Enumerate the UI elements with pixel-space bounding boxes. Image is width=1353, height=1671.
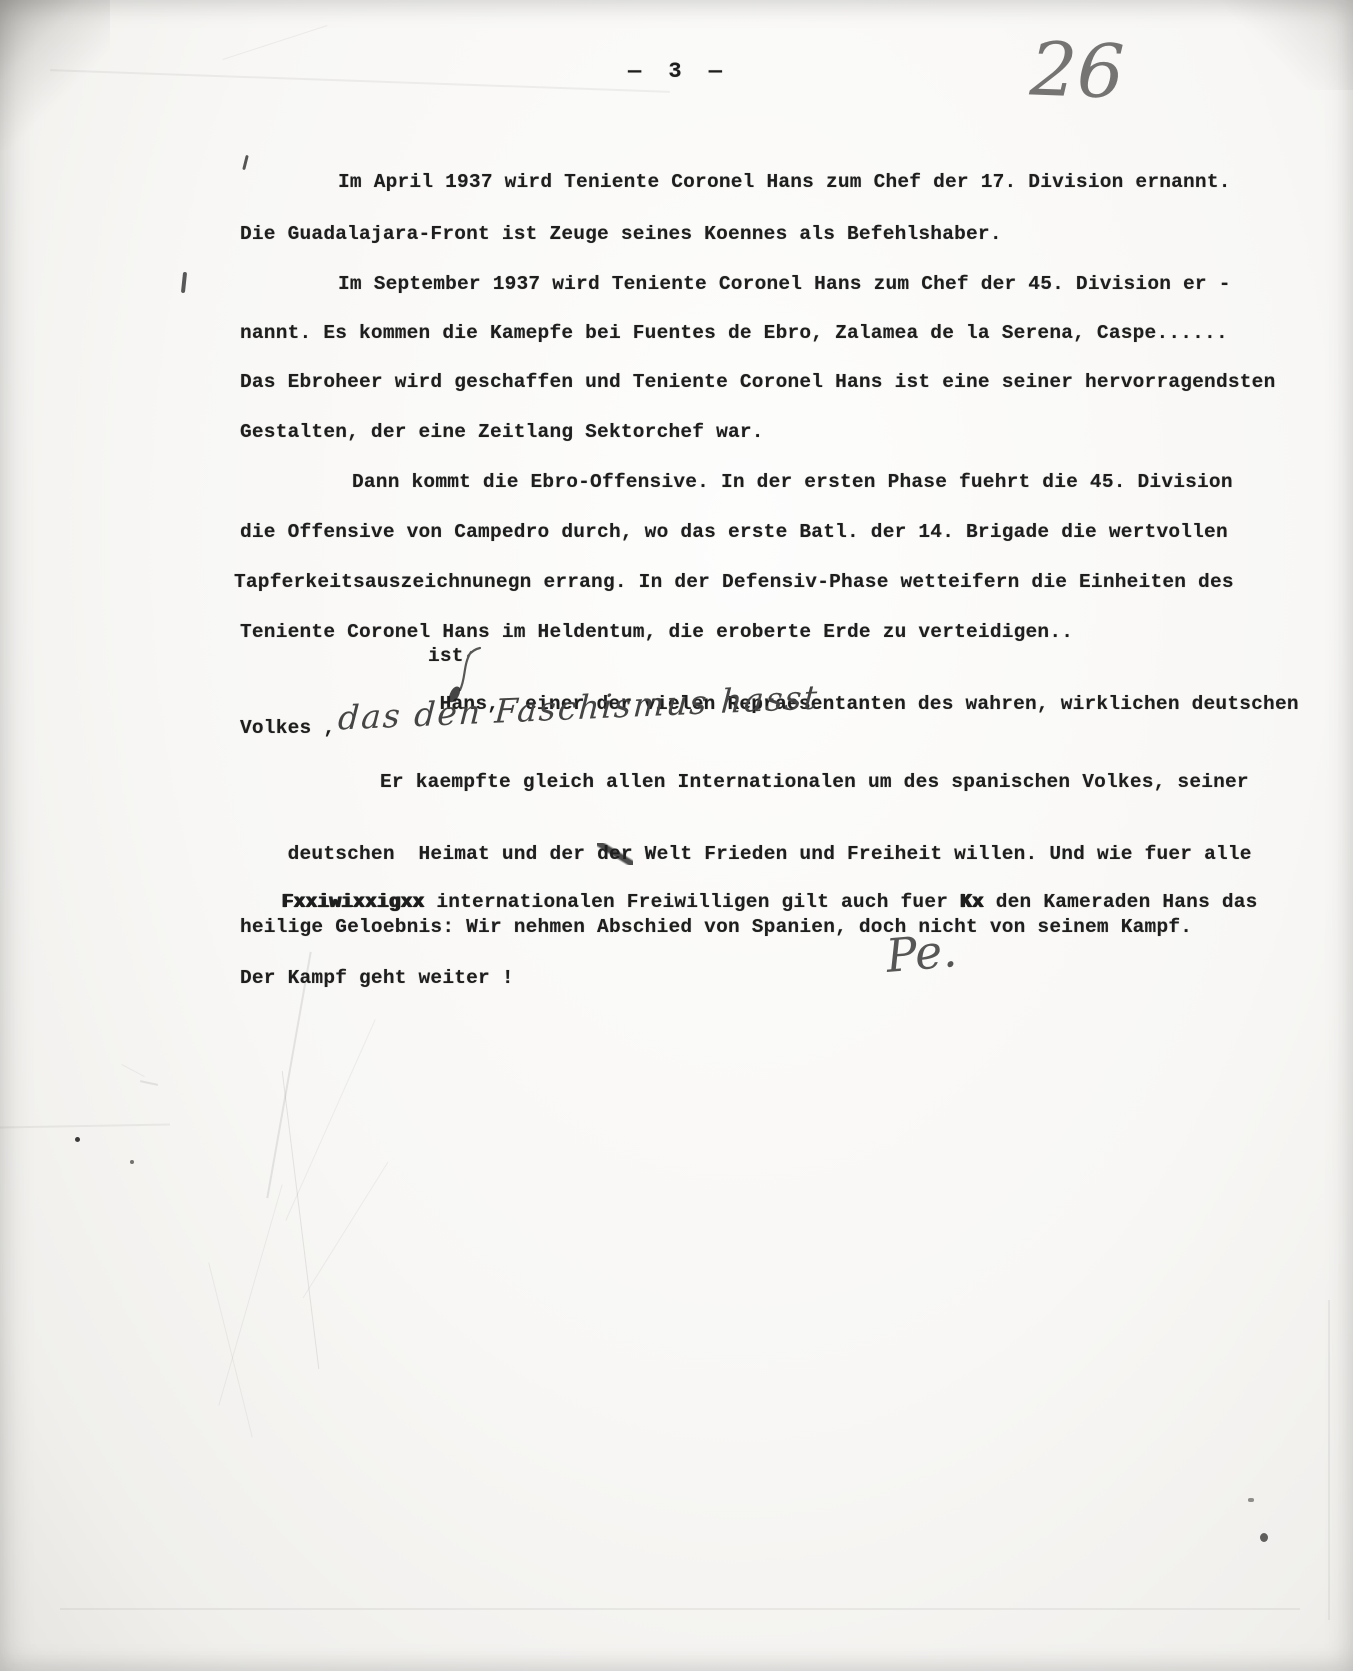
typed-line: Der Kampf geht weiter ! xyxy=(240,966,514,990)
crease-line xyxy=(282,1071,320,1369)
page-number: — 3 — xyxy=(628,58,729,86)
handwritten-initials: Pe. xyxy=(884,923,959,983)
scanned-document-page: — 3 — 26 Im April 1937 wird Teniente Cor… xyxy=(0,0,1353,1671)
ink-blot xyxy=(1260,1533,1268,1542)
typed-line: die Offensive von Campedro durch, wo das… xyxy=(240,520,1228,544)
crease-line xyxy=(218,1184,282,1405)
typed-line: Im September 1937 wird Teniente Coronel … xyxy=(338,272,1231,296)
scratch-mark xyxy=(121,1064,144,1077)
dust-speck xyxy=(130,1160,134,1164)
typed-line: Gestalten, der eine Zeitlang Sektorchef … xyxy=(240,420,764,444)
typed-line: Er kaempfte gleich allen Internationalen… xyxy=(380,770,1249,794)
crease-line xyxy=(60,1608,1300,1610)
overtyped-word: Kx xyxy=(960,891,984,913)
paper-edge-line xyxy=(1328,1300,1330,1620)
struck-out-word: der xyxy=(597,843,633,865)
folio-number-handwritten: 26 xyxy=(1029,26,1126,115)
corner-shadow-top-right xyxy=(1193,0,1353,90)
typed-line: heilige Geloebnis: Wir nehmen Abschied v… xyxy=(240,915,1192,939)
typed-segment: internationalen Freiwilligen gilt auch f… xyxy=(424,891,960,913)
typed-line: Tapferkeitsauszeichnunegn errang. In der… xyxy=(234,570,1234,594)
margin-tick-mark xyxy=(242,155,249,170)
typed-line: Das Ebroheer wird geschaffen und Tenient… xyxy=(240,370,1275,394)
typed-line: Teniente Coronel Hans im Heldentum, die … xyxy=(240,620,1073,644)
dust-speck xyxy=(1248,1498,1254,1502)
typed-segment: Welt Frieden und Freiheit willen. Und wi… xyxy=(633,843,1252,865)
crease-line xyxy=(50,69,670,93)
typed-line: Volkes , xyxy=(240,716,335,740)
crease-line xyxy=(208,1263,253,1438)
crease-line xyxy=(303,1162,389,1298)
typed-line: Die Guadalajara-Front ist Zeuge seines K… xyxy=(240,222,1002,246)
typed-line: Dann kommt die Ebro-Offensive. In der er… xyxy=(352,470,1233,494)
overtyped-word: Fxxiwixxigxx xyxy=(282,891,425,913)
typed-segment: den Kameraden Hans das xyxy=(984,891,1258,913)
scratch-mark xyxy=(140,1080,158,1086)
crease-line xyxy=(223,25,328,60)
typed-line: nannt. Es kommen die Kamepfe bei Fuentes… xyxy=(240,321,1228,345)
typed-line: Im April 1937 wird Teniente Coronel Hans… xyxy=(338,170,1231,194)
typed-segment: deutschen Heimat und der xyxy=(288,843,597,865)
crease-line xyxy=(0,1124,170,1129)
dust-speck xyxy=(75,1137,80,1142)
corner-shadow-top-left xyxy=(0,0,110,150)
margin-tick-mark xyxy=(181,272,187,293)
crease-line xyxy=(285,1019,375,1220)
